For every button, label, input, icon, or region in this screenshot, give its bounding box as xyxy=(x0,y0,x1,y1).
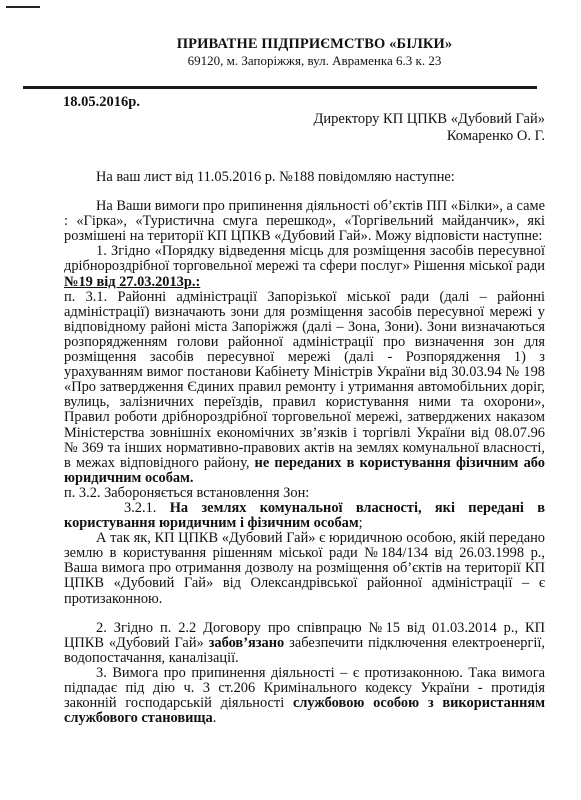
paragraph-3-2: п. 3.2. Забороняється встановлення Зон: xyxy=(64,486,545,501)
letter-date: 18.05.2016р. xyxy=(63,94,140,111)
decision-reference: №19 від 27.03.2013р.: xyxy=(64,274,200,290)
org-name: ПРИВАТНЕ ПІДПРИЄМСТВО «БІЛКИ» xyxy=(24,36,581,53)
letter-body: На ваш лист від 11.05.2016 р. №188 повід… xyxy=(64,170,545,726)
recipient-name: Комаренко О. Г. xyxy=(314,128,545,145)
paragraph-point-1: 1. Згідно «Порядку відведення місць для … xyxy=(64,244,545,289)
recipient-title: Директору КП ЦПКВ «Дубовий Гай» xyxy=(314,111,545,128)
paragraph-objects: На Ваши вимоги про припинення діяльності… xyxy=(64,199,545,244)
clause-3-1-text: п. 3.1. Районні адміністрації Запорізько… xyxy=(64,289,545,471)
org-address: 69120, м. Запоріжжя, вул. Авраменка 6.3 … xyxy=(24,53,581,69)
intro-paragraph: На ваш лист від 11.05.2016 р. №188 повід… xyxy=(64,170,545,185)
point-1-text: 1. Згідно «Порядку відведення місць для … xyxy=(64,243,545,274)
recipient-block: Директору КП ЦПКВ «Дубовий Гай» Комаренк… xyxy=(314,111,545,145)
letterhead-divider xyxy=(23,86,537,89)
clause-3-2-1-number: 3.2.1. xyxy=(124,500,156,516)
paragraph-3-1: п. 3.1. Районні адміністрації Запорізько… xyxy=(64,290,545,486)
scan-mark xyxy=(6,6,40,8)
paragraph-3-2-1: 3.2.1. На землях комунальної власності, … xyxy=(64,501,545,531)
paragraph-point-2: 2. Згідно п. 2.2 Договору про співпрацю … xyxy=(64,621,545,666)
obligated-bold: забов’язано xyxy=(209,635,285,651)
paragraph-conclusion-1: А так як, КП ЦПКВ «Дубовий Гай» є юридич… xyxy=(64,531,545,606)
paragraph-point-3: 3. Вимога про припинення діяльності – є … xyxy=(64,666,545,726)
